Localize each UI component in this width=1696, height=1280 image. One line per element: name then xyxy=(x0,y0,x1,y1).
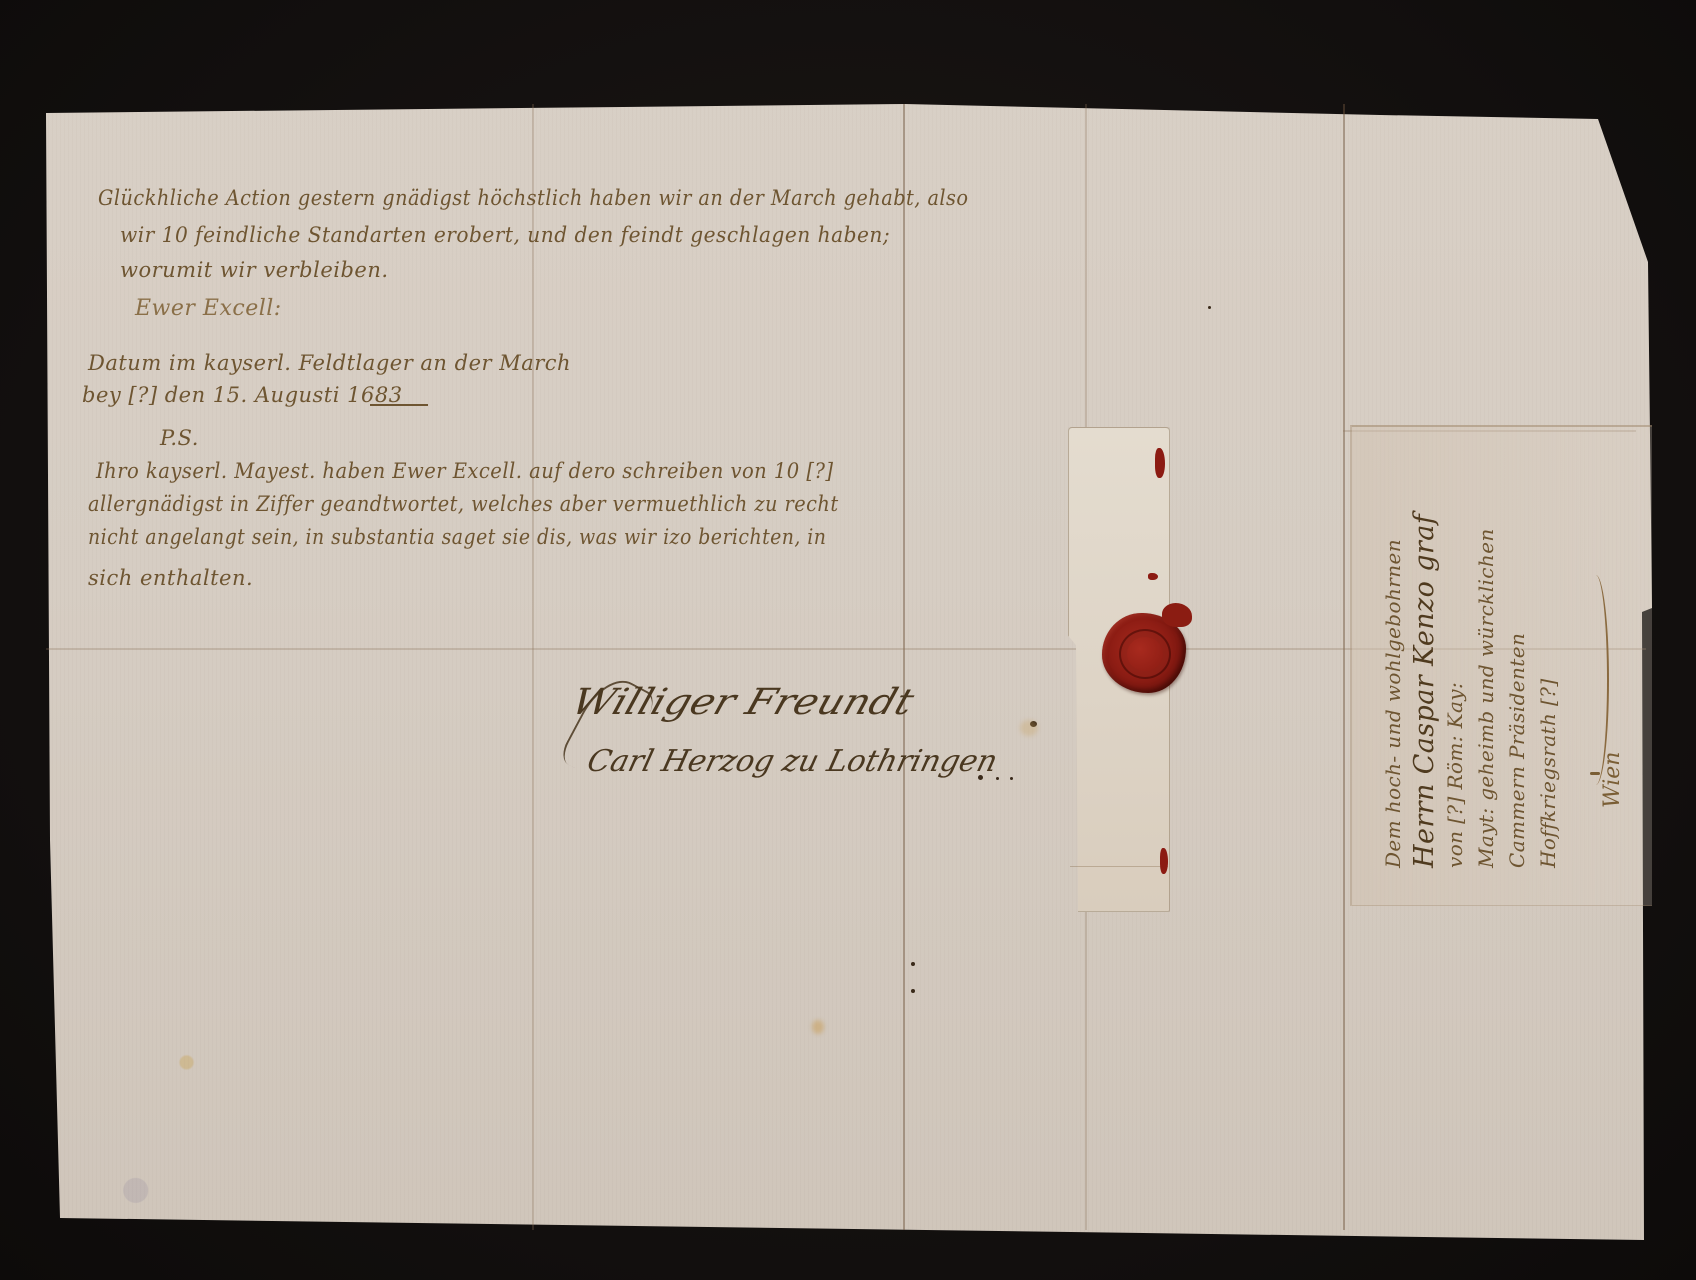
ink-speck xyxy=(911,989,915,993)
strip-crease xyxy=(1070,866,1168,867)
wax-drip xyxy=(1160,848,1168,874)
address-dash xyxy=(1590,772,1600,775)
date-underline xyxy=(370,404,428,406)
postscript-line: sich enthalten. xyxy=(88,566,253,590)
address-block: Dem hoch- und wohlgebohrnen Herrn Caspar… xyxy=(1378,408,1564,868)
ink-speck xyxy=(1208,306,1211,309)
fold-line xyxy=(1343,104,1345,1230)
ink-speck xyxy=(1010,777,1013,780)
stain xyxy=(812,1020,824,1034)
letter-body-line: Glückhliche Action gestern gnädigst höch… xyxy=(98,186,969,210)
fold-line xyxy=(532,104,534,1230)
postscript-line: nicht angelangt sein, in substantia sage… xyxy=(88,525,826,549)
address-destination: Wien xyxy=(1600,752,1625,808)
address-line-recipient: Herrn Caspar Kenzo graf xyxy=(1409,408,1440,868)
signature-closing: Williger Freundt xyxy=(566,682,918,723)
signature-name: Carl Herzog zu Lothringen xyxy=(584,744,1001,779)
salutation: Ewer Excell: xyxy=(135,296,282,321)
postscript-line: Ihro kayserl. Mayest. haben Ewer Excell.… xyxy=(96,459,833,483)
address-line: Mayt: geheimb und würcklichen xyxy=(1471,408,1502,868)
ink-speck xyxy=(911,962,915,966)
address-line: Cammern Präsidenten xyxy=(1502,408,1533,868)
postscript-line: allergnädigst in Ziffer geandtwortet, we… xyxy=(88,492,839,516)
letter-body-line: wir 10 feindliche Standarten erobert, un… xyxy=(120,223,890,247)
wax-drip xyxy=(1155,448,1165,478)
letter-body-line: worumit wir verbleiben. xyxy=(120,258,389,282)
postscript-label: P.S. xyxy=(160,426,199,450)
dateline: bey [?] den 15. Augusti 1683 xyxy=(82,383,403,407)
wax-seal xyxy=(1102,613,1186,693)
wax-drip xyxy=(1148,573,1158,580)
address-line: Dem hoch- und wohlgebohrnen xyxy=(1378,408,1409,868)
address-line: Hoffkriegsrath [?] xyxy=(1533,408,1564,868)
address-line: von [?] Röm: Kay: xyxy=(1440,408,1471,868)
ink-speck xyxy=(996,777,999,780)
stain xyxy=(1020,720,1038,736)
dateline: Datum im kayserl. Feldtlager an der Marc… xyxy=(88,351,571,375)
center-fold-line xyxy=(903,104,905,1230)
